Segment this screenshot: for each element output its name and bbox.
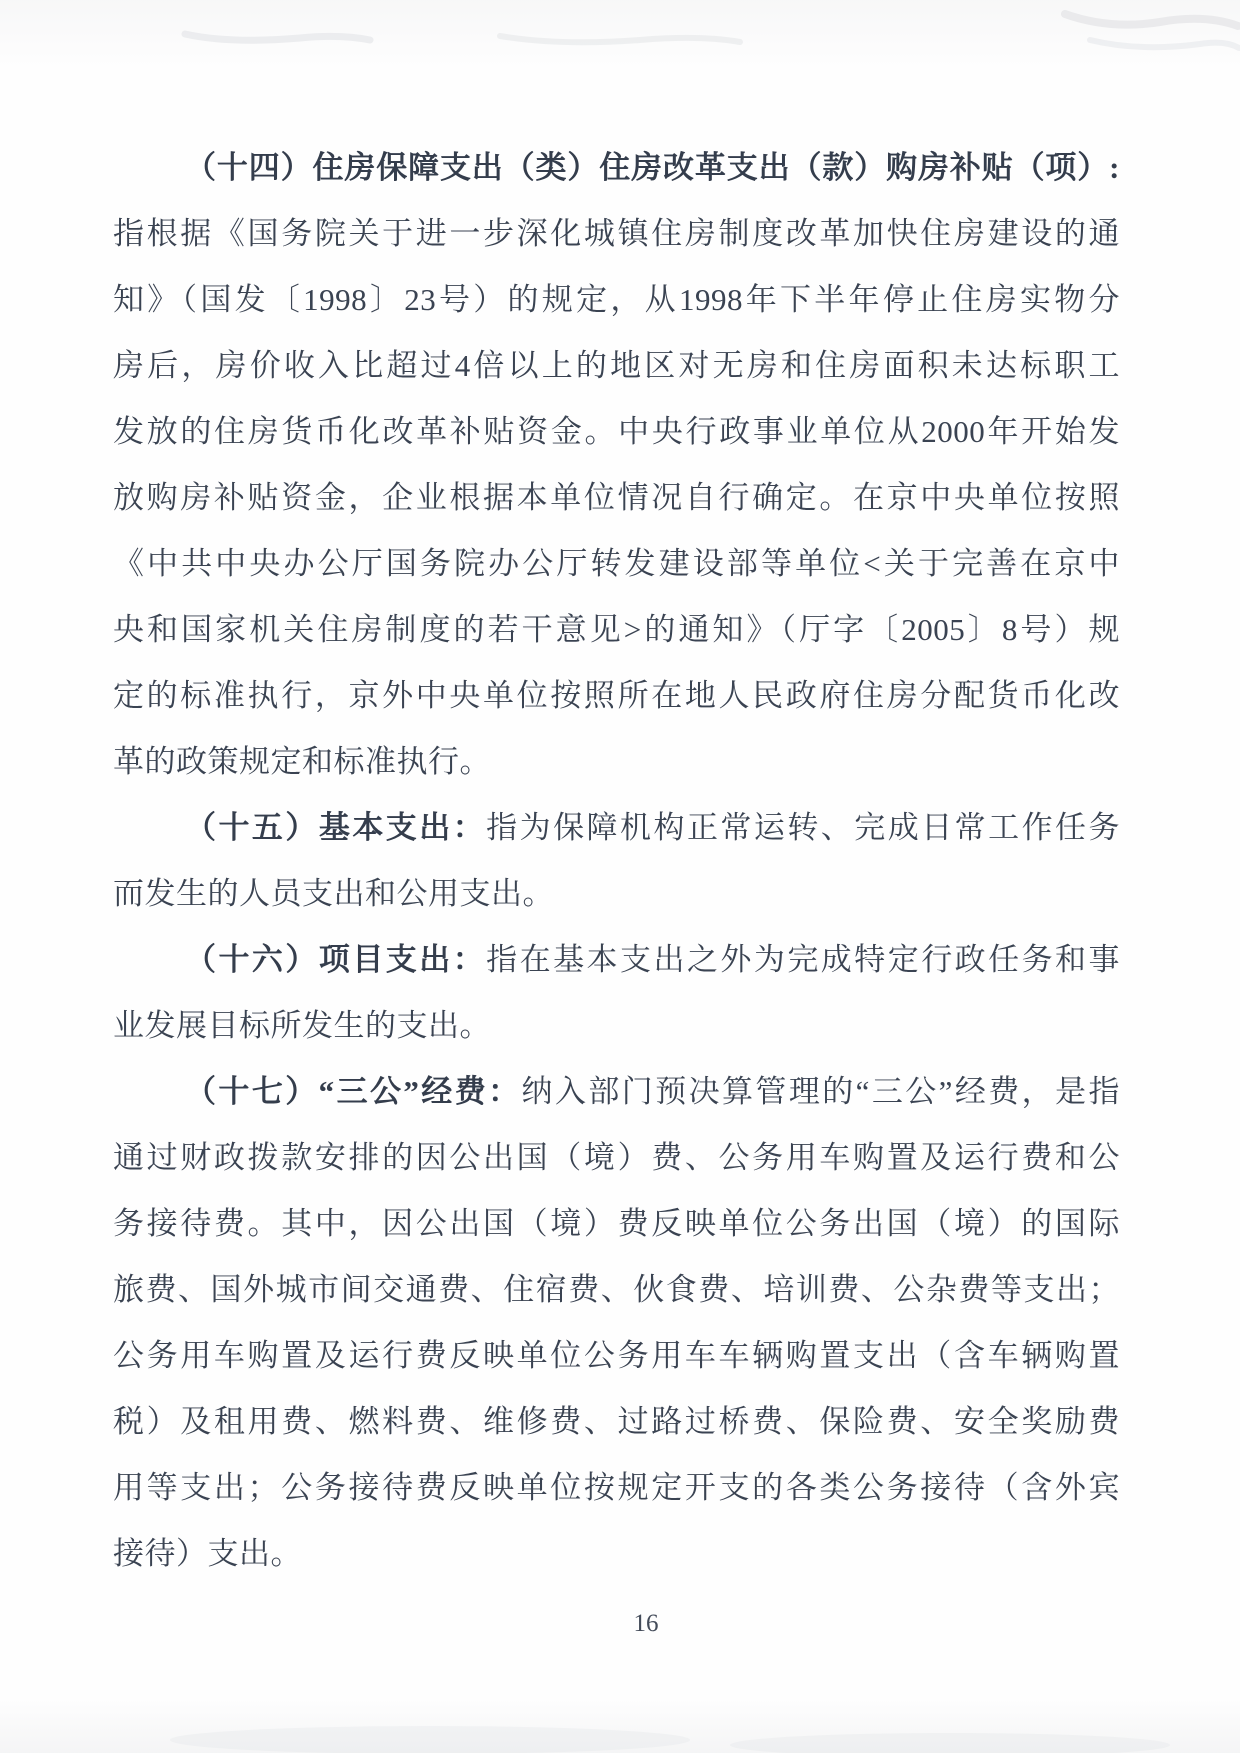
- text-line: 务接待费。其中，因公出国（境）费反映单位公务出国（境）的国际: [113, 1191, 1120, 1257]
- text-line: （十五）基本支出：指为保障机构正常运转、完成日常工作任务: [113, 795, 1120, 861]
- text-line: 税）及租用费、燃料费、维修费、过路过桥费、保险费、安全奖励费: [113, 1389, 1120, 1455]
- page-number: 16: [616, 1604, 676, 1644]
- text-segment: 务接待费。其中，因公出国（境）费反映单位公务出国（境）的国际: [113, 1206, 1120, 1241]
- text-line: 《中共中央办公厅国务院办公厅转发建设部等单位<关于完善在京中: [113, 531, 1120, 597]
- text-line: （十四）住房保障支出（类）住房改革支出（款）购房补贴（项）:: [113, 135, 1120, 201]
- text-line: （十七）“三公”经费：纳入部门预决算管理的“三公”经费，是指: [113, 1059, 1120, 1125]
- text-segment: 指为保障机构正常运转、完成日常工作任务: [486, 810, 1120, 845]
- scanned-document-page: （十四）住房保障支出（类）住房改革支出（款）购房补贴（项）:指根据《国务院关于进…: [0, 0, 1240, 1753]
- text-segment: 定的标准执行，京外中央单位按照所在地人民政府住房分配货币化改: [113, 678, 1120, 713]
- text-segment: 《中共中央办公厅国务院办公厅转发建设部等单位<关于完善在京中: [113, 546, 1120, 581]
- text-line: 定的标准执行，京外中央单位按照所在地人民政府住房分配货币化改: [113, 663, 1120, 729]
- text-line: 房后，房价收入比超过4倍以上的地区对无房和住房面积未达标职工: [113, 333, 1120, 399]
- text-line: 用等支出；公务接待费反映单位按规定开支的各类公务接待（含外宾: [113, 1455, 1120, 1521]
- text-line: 指根据《国务院关于进一步深化城镇住房制度改革加快住房建设的通: [113, 201, 1120, 267]
- text-segment: 发放的住房货币化改革补贴资金。中央行政事业单位从2000年开始发: [113, 414, 1120, 449]
- term-heading-segment: （十六）项目支出：: [185, 942, 486, 977]
- text-segment: 税）及租用费、燃料费、维修费、过路过桥费、保险费、安全奖励费: [113, 1404, 1120, 1439]
- text-segment: 指根据《国务院关于进一步深化城镇住房制度改革加快住房建设的通: [113, 216, 1120, 251]
- text-line: 知》（国发〔1998〕23号）的规定，从1998年下半年停止住房实物分: [113, 267, 1120, 333]
- text-segment: 指在基本支出之外为完成特定行政任务和事: [486, 942, 1120, 977]
- text-segment: 通过财政拨款安排的因公出国（境）费、公务用车购置及运行费和公: [113, 1140, 1120, 1175]
- text-segment: 公务用车购置及运行费反映单位公务用车车辆购置支出（含车辆购置: [113, 1338, 1120, 1373]
- text-line: 放购房补贴资金，企业根据本单位情况自行确定。在京中央单位按照: [113, 465, 1120, 531]
- text-segment: 放购房补贴资金，企业根据本单位情况自行确定。在京中央单位按照: [113, 480, 1120, 515]
- text-line: 革的政策规定和标准执行。: [113, 729, 1120, 795]
- text-segment: 纳入部门预决算管理的“三公”经费，是指: [522, 1074, 1120, 1109]
- text-line: 旅费、国外城市间交通费、住宿费、伙食费、培训费、公杂费等支出；: [113, 1257, 1120, 1323]
- text-line: 业发展目标所发生的支出。: [113, 993, 1120, 1059]
- text-segment: 业发展目标所发生的支出。: [113, 1008, 491, 1043]
- text-segment: 知》（国发〔1998〕23号）的规定，从1998年下半年停止住房实物分: [113, 282, 1120, 317]
- text-line: 而发生的人员支出和公用支出。: [113, 861, 1120, 927]
- text-segment: 用等支出；公务接待费反映单位按规定开支的各类公务接待（含外宾: [113, 1470, 1120, 1505]
- term-heading-segment: （十四）住房保障支出（类）住房改革支出（款）购房补贴（项）:: [185, 150, 1120, 185]
- text-segment: 旅费、国外城市间交通费、住宿费、伙食费、培训费、公杂费等支出；: [113, 1272, 1120, 1307]
- text-segment: 央和国家机关住房制度的若干意见>的通知》（厅字〔2005〕8号）规: [113, 612, 1120, 647]
- text-line: （十六）项目支出：指在基本支出之外为完成特定行政任务和事: [113, 927, 1120, 993]
- text-segment: 而发生的人员支出和公用支出。: [113, 876, 554, 911]
- text-segment: 接待）支出。: [113, 1536, 302, 1571]
- term-heading-segment: （十五）基本支出：: [185, 810, 486, 845]
- term-heading-segment: （十七）“三公”经费：: [185, 1074, 522, 1109]
- text-line: 通过财政拨款安排的因公出国（境）费、公务用车购置及运行费和公: [113, 1125, 1120, 1191]
- text-line: 央和国家机关住房制度的若干意见>的通知》（厅字〔2005〕8号）规: [113, 597, 1120, 663]
- text-line: 发放的住房货币化改革补贴资金。中央行政事业单位从2000年开始发: [113, 399, 1120, 465]
- text-segment: 革的政策规定和标准执行。: [113, 744, 491, 779]
- text-line: 接待）支出。: [113, 1521, 1120, 1587]
- text-segment: 房后，房价收入比超过4倍以上的地区对无房和住房面积未达标职工: [113, 348, 1120, 383]
- text-line: 公务用车购置及运行费反映单位公务用车车辆购置支出（含车辆购置: [113, 1323, 1120, 1389]
- document-text: （十四）住房保障支出（类）住房改革支出（款）购房补贴（项）:指根据《国务院关于进…: [113, 135, 1120, 1587]
